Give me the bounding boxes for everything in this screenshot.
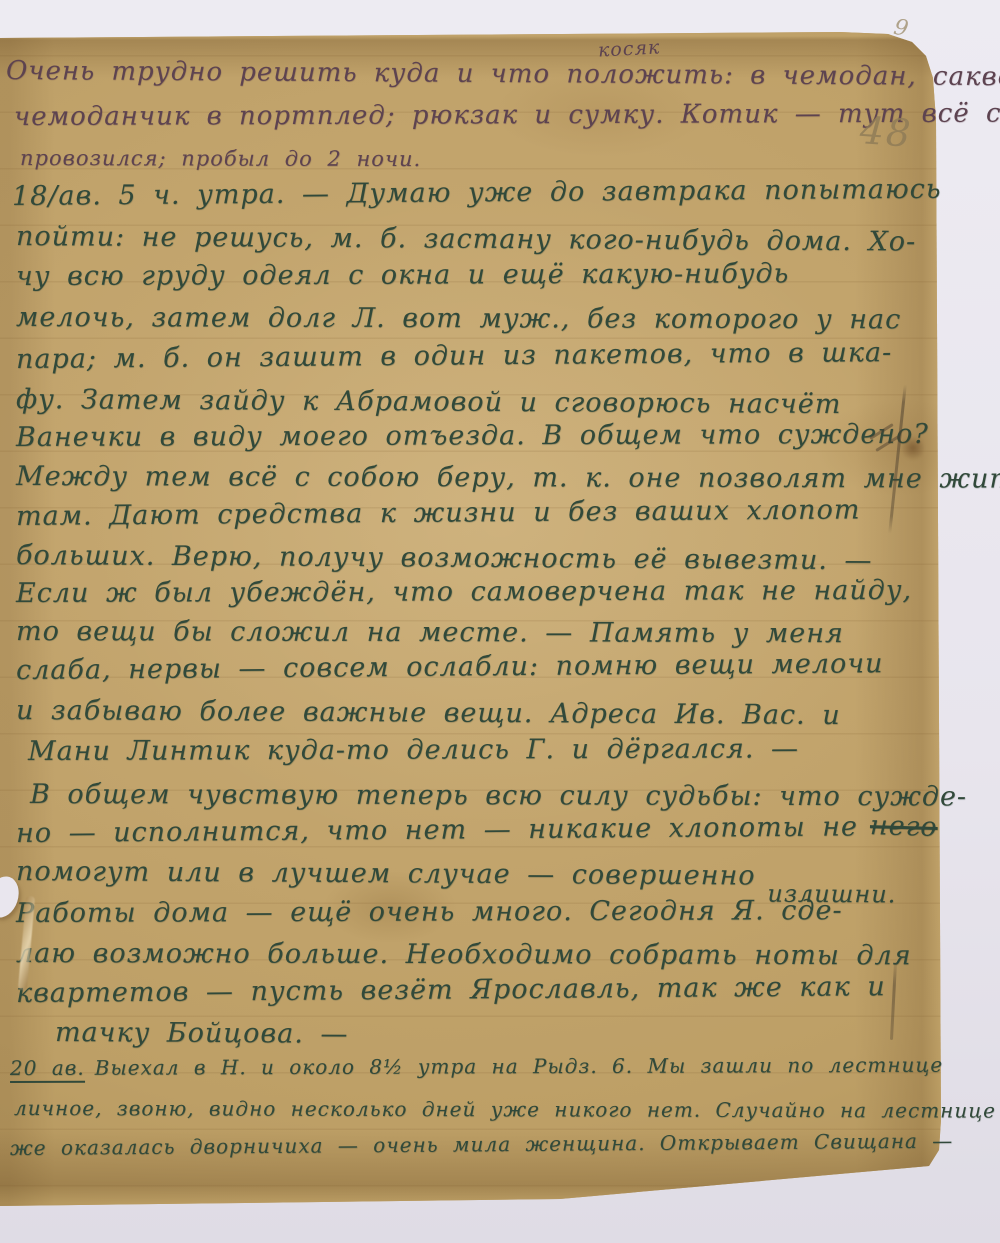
- handwriting-layer: косяк Очень трудно решить куда и что пол…: [0, 0, 1000, 1243]
- handwritten-line: но — исполнится, что нет — никакие хлопо…: [16, 813, 938, 847]
- handwritten-line: пара; м. б. он зашит в один из пакетов, …: [16, 339, 892, 373]
- entry-date-underlined: 20 ав.: [10, 1056, 85, 1083]
- handwritten-line: личное, звоню, видно несколько дней уже …: [14, 1098, 996, 1121]
- handwritten-line: мелочь, затем долг Л. вот муж., без кото…: [16, 304, 901, 333]
- handwritten-line: тачку Бойцова. —: [55, 1019, 349, 1048]
- interlinear-insertion: косяк: [597, 36, 660, 61]
- handwritten-line: 20 ав.Выехал в Н. и около 8½ утра на Рыд…: [10, 1055, 943, 1078]
- handwritten-line: же оказалась дворничиха — очень мила жен…: [10, 1131, 953, 1158]
- handwritten-line: Мани Линтик куда-то делись Г. и дёргался…: [28, 735, 799, 765]
- page-number-pencil: 48: [859, 108, 914, 156]
- line-text: Выехал в Н. и около 8½ утра на Рыдз. 6. …: [95, 1053, 944, 1080]
- scanner-background: косяк Очень трудно решить куда и что пол…: [0, 0, 1000, 1243]
- line-text: но — исполнится, что нет — никакие хлопо…: [16, 811, 858, 849]
- handwritten-line: помогут или в лучшем случае — совершенно…: [16, 858, 897, 890]
- handwritten-line: и забываю более важные вещи. Адреса Ив. …: [16, 697, 841, 729]
- handwritten-line: В общем чувствую теперь всю силу судьбы:…: [30, 781, 967, 810]
- handwritten-line: Работы дома — ещё очень много. Сегодня Я…: [16, 897, 843, 927]
- handwritten-line: лаю возможно больше. Необходимо собрать …: [16, 940, 912, 969]
- handwritten-line: Ванечки в виду моего отъезда. В общем чт…: [16, 421, 929, 451]
- handwritten-line: квартетов — пусть везёт Ярославль, так ж…: [16, 973, 886, 1007]
- ink-stain: [902, 434, 924, 462]
- handwritten-line: фу. Затем зайду к Абрамовой и сговорюсь …: [16, 386, 842, 418]
- line-text: помогут или в лучшем случае — совершенно: [16, 856, 756, 892]
- handwritten-line: пойти: не решусь, м. б. застану кого-ниб…: [16, 223, 916, 255]
- handwritten-line: Очень трудно решить куда и что положить:…: [6, 58, 1000, 91]
- handwritten-line: то вещи бы сложил на месте. — Память у м…: [16, 618, 844, 647]
- handwritten-line: 18/ав. 5 ч. утра. — Думаю уже до завтрак…: [12, 176, 942, 210]
- handwritten-line: Если ж был убеждён, что самоверчена так …: [16, 577, 912, 607]
- handwritten-line: провозился; пробыл до 2 ночи.: [20, 148, 421, 170]
- struck-out-word: него: [870, 812, 938, 841]
- handwritten-line: чу всю груду одеял с окна и ещё какую-ни…: [16, 260, 789, 290]
- handwritten-line: больших. Верю, получу возможность её выв…: [16, 542, 873, 574]
- handwritten-line: там. Дают средства к жизни и без ваших х…: [16, 496, 861, 530]
- handwritten-line: чемоданчик в портплед; рюкзак и сумку. К…: [14, 100, 1000, 130]
- handwritten-line: Между тем всё с собою беру, т. к. оне по…: [16, 463, 1000, 493]
- handwritten-line: слаба, нервы — совсем ослабли: помню вещ…: [16, 650, 884, 684]
